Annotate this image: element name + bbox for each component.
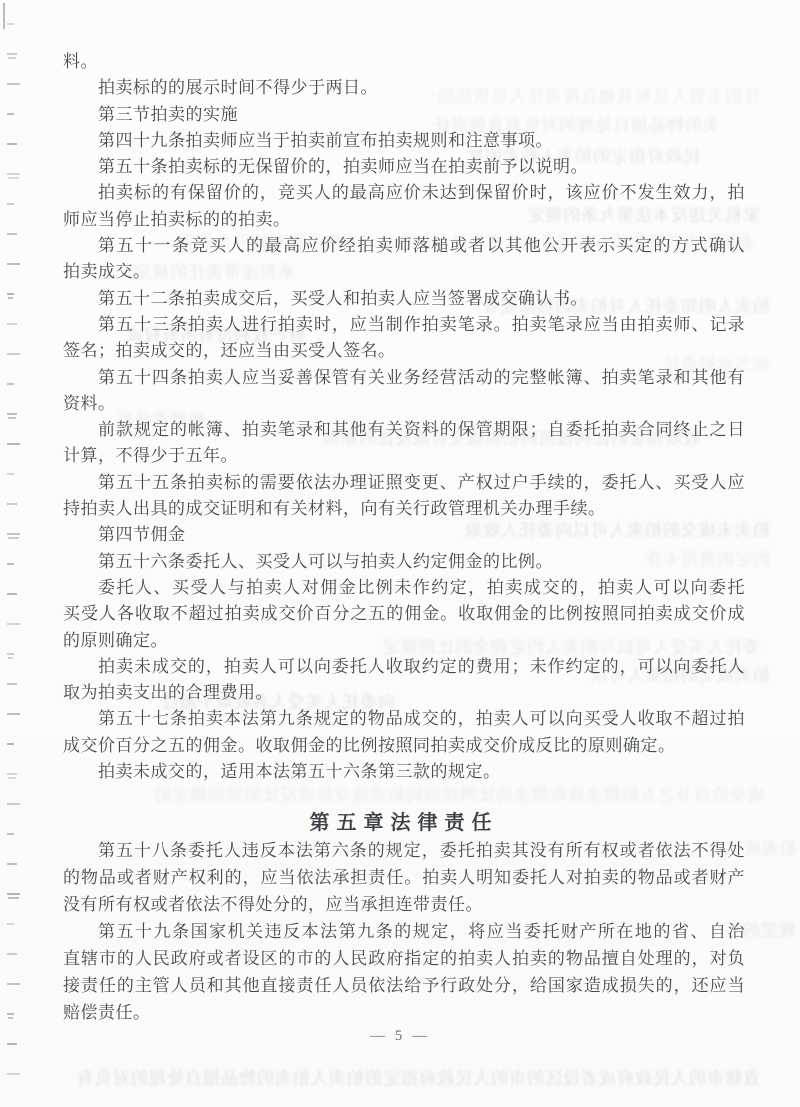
document-body: 料。 拍卖标的的展示时间不得少于两日。 第三节拍卖的实施 第四十九条拍卖师应当于…: [63, 49, 745, 1026]
article-line: 第五十六条委托人、买受人可以与拍卖人约定佣金的比例。: [63, 549, 745, 575]
binding-mark: [7, 353, 20, 355]
text-line: 前款规定的帐簿、拍卖笔录和其他有关资料的保管期限；自委托拍卖合同终止之日起: [63, 417, 745, 443]
text-line: 拍卖未成交的，拍卖人可以向委托人收取约定的费用；未作约定的，可以向委托人收: [63, 654, 745, 680]
binding-mark: [7, 323, 17, 325]
text-line: 买受人各收取不超过拍卖成交价百分之五的佣金。收取佣金的比例按照同拍卖成交价成反比: [63, 601, 745, 627]
article-line: 第五十五条拍卖标的需要依法办理证照变更、产权过户手续的，委托人、买受人应当: [63, 470, 745, 496]
scanned-page: 任的主管人员和其他直接责任人员依法给予卖的物品擅自处理的对负有直接责任民政府指定…: [0, 0, 800, 1107]
binding-mark: [7, 593, 17, 595]
binding-mark: [7, 773, 17, 775]
text-line: 的原则确定。: [63, 628, 745, 654]
binding-mark: [7, 833, 14, 835]
binding-mark: [7, 713, 20, 715]
binding-mark: [7, 233, 17, 235]
binding-mark: [7, 203, 14, 205]
text-line: 接责任的主管人员和其他直接责任人员依法给予行政处分，给国家造成损失的，还应当承担: [63, 972, 745, 999]
text-line: 持拍卖人出具的成交证明和有关材料，向有关行政管理机关办理手续。: [63, 496, 745, 522]
bleedthrough-text: 规定的省: [738, 920, 796, 942]
binding-mark: [7, 893, 20, 895]
binding-mark: [7, 503, 17, 505]
binding-mark: [7, 383, 14, 385]
text-line: 取为拍卖支出的合理费用。: [63, 680, 745, 706]
text-line: 拍卖标的有保留价的，竞买人的最高应价未达到保留价时，该应价不发生效力，拍卖: [63, 180, 745, 206]
text-line: 计算，不得少于五年。: [63, 443, 745, 469]
text-line: 成交价百分之五的佣金。收取佣金的比例按照同拍卖成交价成反比的原则确定。: [63, 733, 745, 759]
binding-mark: [7, 443, 20, 445]
binding-mark: [7, 653, 14, 655]
section-title: 第四节佣金: [63, 522, 745, 548]
text-line: 没有所有权或者依法不得处分的，应当承担连带责任。: [63, 891, 745, 918]
binding-mark: [7, 803, 20, 805]
text-line: 拍卖标的的展示时间不得少于两日。: [63, 75, 745, 101]
section-title: 第三节拍卖的实施: [63, 102, 745, 128]
article-line: 第五十条拍卖标的无保留价的，拍卖师应当在拍卖前予以说明。: [63, 154, 745, 180]
article-line: 第五十二条拍卖成交后，买受人和拍卖人应当签署成交确认书。: [63, 286, 745, 312]
binding-mark: [7, 953, 17, 955]
binding-mark: [7, 923, 14, 925]
article-line: 第四十九条拍卖师应当于拍卖前宣布拍卖规则和注意事项。: [63, 128, 745, 154]
article-line: 第五十三条拍卖人进行拍卖时，应当制作拍卖笔录。拍卖笔录应当由拍卖师、记录人: [63, 312, 745, 338]
binding-mark: [7, 533, 20, 535]
binding-mark: [7, 53, 17, 55]
binding-mark: [7, 173, 20, 175]
text-line: 拍卖成交。: [63, 259, 745, 285]
binding-mark: [7, 983, 20, 985]
binding-mark: [7, 23, 14, 25]
text-line: 直辖市的人民政府或者设区的市的人民政府指定的拍卖人拍卖的物品擅自处理的，对负有直: [63, 945, 745, 972]
binding-mark: [7, 1013, 14, 1015]
text-line: 的物品或者财产权利的，应当依法承担责任。拍卖人明知委托人对拍卖的物品或者财产权利: [63, 864, 745, 891]
binding-mark: [7, 293, 14, 295]
text-line: 签名；拍卖成交的，还应当由买受人签名。: [63, 338, 745, 364]
text-line: 师应当停止拍卖标的的拍卖。: [63, 207, 745, 233]
article-line: 第五十四条拍卖人应当妥善保管有关业务经营活动的完整帐簿、拍卖笔录和其他有关: [63, 365, 745, 391]
article-line: 第五十一条竞买人的最高应价经拍卖师落槌或者以其他公开表示买定的方式确认后，: [63, 233, 745, 259]
binding-mark: [7, 263, 20, 265]
binding-mark: [7, 143, 17, 145]
article-line: 第五十九条国家机关违反本法第九条的规定，将应当委托财产所在地的省、自治区、: [63, 918, 745, 945]
binding-mark: [7, 1073, 20, 1075]
binding-mark: [7, 413, 17, 415]
binding-mark: [7, 743, 14, 745]
article-line: 第五十七条拍卖本法第九条规定的物品成交的，拍卖人可以向买受人收取不超过拍卖: [63, 706, 745, 732]
text-line: 料。: [63, 49, 745, 75]
binding-mark: [7, 473, 14, 475]
binding-mark: [7, 623, 20, 625]
text-line: 拍卖未成交的，适用本法第五十六条第三款的规定。: [63, 759, 745, 785]
binding-mark: [7, 563, 14, 565]
chapter-heading: 第五章法律责任: [63, 807, 745, 837]
article-line: 第五十八条委托人违反本法第六条的规定，委托拍卖其没有所有权或者依法不得处分: [63, 837, 745, 864]
binding-mark: [7, 683, 17, 685]
page-number: — 5 —: [0, 1028, 800, 1045]
paragraph-gap: [63, 785, 745, 807]
bleedthrough-text: 拍卖成交: [742, 838, 797, 860]
bleedthrough-text: 直辖市的人民政府或者设区的市的人民政府指定的拍卖人拍卖的物品擅自处理的对负有: [60, 1068, 760, 1090]
scan-edge-line: [3, 3, 5, 29]
binding-mark: [7, 113, 14, 115]
binding-mark: [7, 863, 17, 865]
text-line: 委托人、买受人与拍卖人对佣金比例未作约定，拍卖成交的，拍卖人可以向委托人、: [63, 575, 745, 601]
text-line: 资料。: [63, 391, 745, 417]
text-line: 赔偿责任。: [63, 999, 745, 1026]
chapter-body: 第五十八条委托人违反本法第六条的规定，委托拍卖其没有所有权或者依法不得处分 的物…: [63, 837, 745, 1026]
binding-mark: [7, 83, 20, 85]
